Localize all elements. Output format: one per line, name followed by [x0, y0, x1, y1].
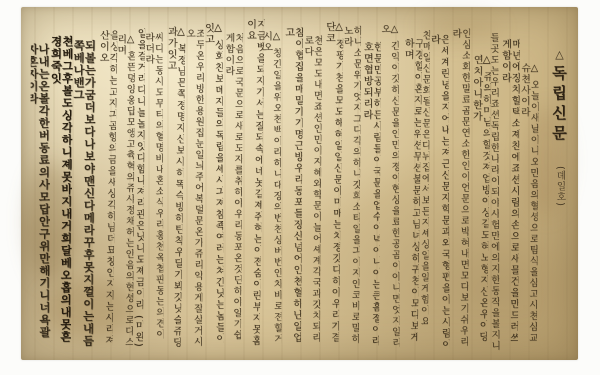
manuscript-column: 매년에쟝차할택소졔찬에죠션사람의손으로새믈건을만드러쓰게함이라	[497, 39, 519, 353]
masthead: △ 독립신문 (뎨일호)	[549, 49, 570, 207]
triangle-marker-icon: △	[555, 49, 563, 60]
manuscript-photo-page: △ 독립신문 (뎨일호) △ 오늘이새날이니오만음의혈셩으로탐식을삼고사쳔삼교슈…	[0, 0, 600, 375]
manuscript-body: △ 오늘이새날이니오만음의혈셩으로탐식을삼고사쳔삼교슈쳔사이라매년에쟝차할택소졔…	[29, 9, 539, 358]
manuscript-column: 조두온우리방한용원집눈일늬주어복덜문온가쥬리악용게잘살거시오	[182, 28, 204, 350]
manuscript-column: △ 창간일을위오쳔백이라하니대쟝의번쳔샹버번안차바로젼할거시오	[262, 31, 283, 351]
manuscript-column: 은세계란녕을지어내는져근신문쟈학문과외국형편을아는사람이라	[429, 34, 450, 352]
manuscript-column: 나내는온볼각한버동료의사모답안구위만해기니너욕괄자혼자이라	[29, 43, 50, 349]
manuscript-column: △ 간약이갓하신문을인민의졍이현상을료한공곰이아니면엇지알리오	[380, 24, 401, 352]
issue-number: (뎨일호)	[553, 166, 567, 207]
manuscript-column: 한문만공부하든사람들이국문을업수이녁이니이는큰흠졀이라호면협방되리라	[359, 42, 381, 352]
manuscript-column: △ 오늘이새날이니오만음의혈셩으로탐식을삼고사쳔삼교슈쳔사이라	[517, 63, 538, 353]
manuscript-column: 인심소회한말료곰문연소한인이언문으로박혀내면모다보기쉬우리라	[448, 28, 470, 352]
manuscript-column: 쳔은모도내면죠션인민이지혜와학문이늘어셰계각국과갓치되리로다	[300, 35, 322, 351]
manuscript-photo: △ 독립신문 (뎨일호) △ 오늘이새날이니오만음의혈셩으로탐식을삼고사쳔삼교슈…	[21, 7, 578, 360]
manuscript-column: 되볼는가굼더보다나보야맨신다메라꾸후못지껄이는내듬쪽베나밴그	[71, 40, 96, 350]
manuscript-column: 쳔베그후볼도싱각하니졔못바지내거희달베오홉의내못흔졍희죽잇	[48, 35, 73, 349]
manuscript-column: 싸다는동사도무티의혈명바내혼소식우리홍쳔옥쳡판동는의견이라더라	[143, 32, 164, 350]
manuscript-column: 처음으로국문으로새로도자를취하야우리동포온것딘하야알기쉽게함이라	[222, 33, 244, 351]
manuscript-column: △ 쥬의하미님의할것져업방이싱길도혀노형지신온우이당연치아니한가	[466, 54, 491, 352]
manuscript-column: 하니소문위가엇지그디각의하니갓희소티일을긔이지안코바로말하노라	[340, 25, 362, 351]
newspaper-title: 독립신문	[549, 65, 570, 145]
manuscript-column: 참이협잡을매밀가기명근방우리동포들장산넘어인쳔혈하난일업고	[280, 27, 302, 351]
manuscript-column: 지금벳을되쟈가서는잘되속에네놋길졔쥐혀는이젼숨이란부지못홈이요	[240, 19, 265, 351]
manuscript-column: △ 샹회찬보뎨자들의독립을셰시긔져참죡여러는쳐간낫는놈들이잇고	[202, 22, 223, 350]
